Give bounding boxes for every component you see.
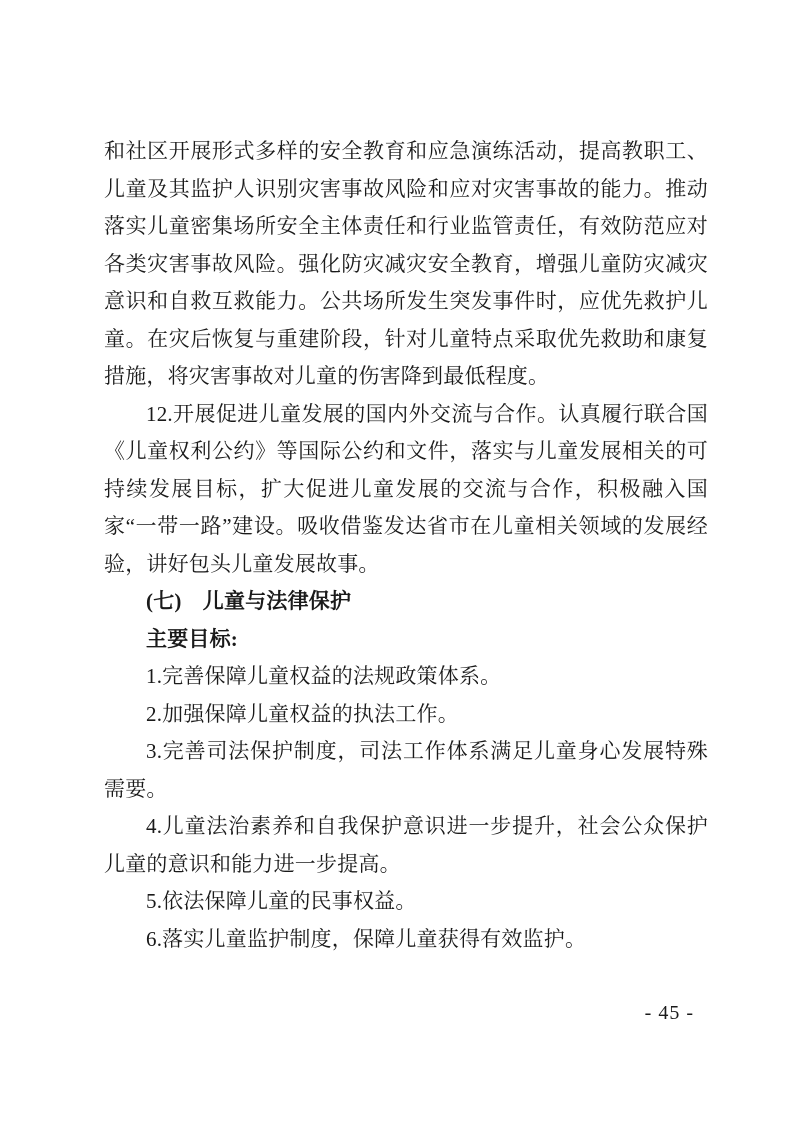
goal-item-3: 3.完善司法保护制度，司法工作体系满足儿童身心发展特殊需要。 (104, 733, 708, 808)
goal-item-6: 6.落实儿童监护制度，保障儿童获得有效监护。 (104, 921, 708, 959)
page-number: - 45 - (645, 1002, 694, 1025)
paragraph-safety-education: 和社区开展形式多样的安全教育和应急演练活动，提高教职工、儿童及其监护人识别灾害事… (104, 133, 708, 396)
section-heading-children-legal-protection: (七) 儿童与法律保护 (104, 583, 708, 621)
paragraph-item-12-exchange-cooperation: 12.开展促进儿童发展的国内外交流与合作。认真履行联合国《儿童权利公约》等国际公… (104, 396, 708, 584)
subheading-main-goals: 主要目标: (104, 621, 708, 659)
goal-item-1: 1.完善保障儿童权益的法规政策体系。 (104, 658, 708, 696)
document-page: 和社区开展形式多样的安全教育和应急演练活动，提高教职工、儿童及其监护人识别灾害事… (0, 0, 794, 1122)
page-content: 和社区开展形式多样的安全教育和应急演练活动，提高教职工、儿童及其监护人识别灾害事… (104, 133, 708, 958)
goal-item-4: 4.儿童法治素养和自我保护意识进一步提升，社会公众保护儿童的意识和能力进一步提高… (104, 808, 708, 883)
goal-item-5: 5.依法保障儿童的民事权益。 (104, 883, 708, 921)
goal-item-2: 2.加强保障儿童权益的执法工作。 (104, 696, 708, 734)
